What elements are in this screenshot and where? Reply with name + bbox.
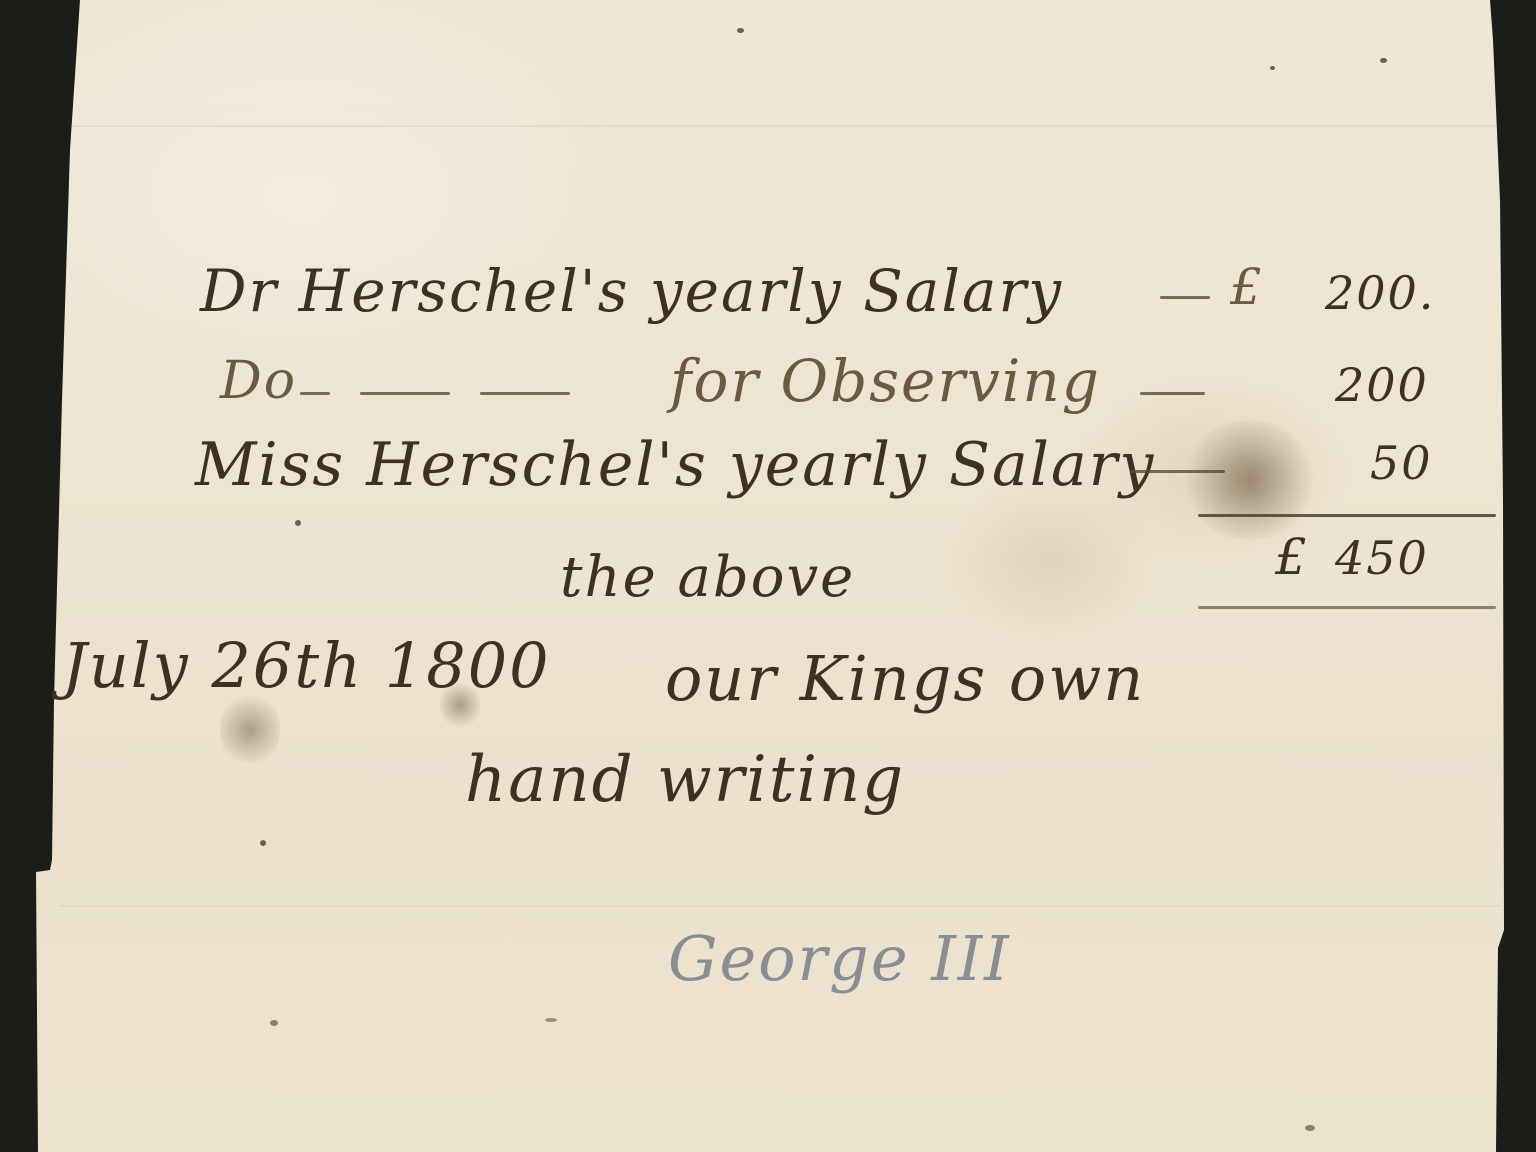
speck	[295, 520, 301, 526]
ledger-row-2-amount: 200	[1335, 362, 1429, 408]
ledger-row-1-amount: 200.	[1325, 270, 1435, 316]
document-scan: Dr Herschel's yearly Salary £ 200. Do fo…	[0, 0, 1536, 1152]
ledger-row-3-amount: 50	[1370, 440, 1433, 486]
note-date: July 26th 1800	[62, 635, 551, 697]
sum-rule	[1198, 514, 1496, 517]
ledger-row-3-label: Miss Herschel's yearly Salary	[195, 435, 1155, 495]
speck	[737, 28, 744, 33]
leader-dash	[360, 392, 450, 395]
ledger-row-2-label: for Observing	[670, 352, 1101, 410]
leader-dash	[1130, 470, 1225, 473]
ledger-row-2-ditto: Do	[220, 355, 297, 407]
ink-stain	[220, 690, 280, 770]
note-our-kings-own: our Kings own	[665, 648, 1145, 710]
note-the-above: the above	[560, 550, 855, 606]
note-hand-writing: hand writing	[465, 748, 905, 812]
speck	[260, 840, 266, 846]
speck	[1305, 1125, 1315, 1131]
leader-dash	[1140, 392, 1205, 395]
sum-rule-lower	[1198, 606, 1496, 609]
pencil-annotation: George III	[668, 928, 1011, 990]
currency-symbol: £	[1230, 262, 1264, 312]
paper-fold	[70, 125, 1500, 127]
speck	[1270, 66, 1275, 70]
leader-dash	[480, 392, 570, 395]
leader-dash	[1160, 296, 1210, 299]
speck	[1380, 58, 1387, 63]
leader-dash	[300, 392, 330, 395]
ink-stain	[1180, 420, 1320, 540]
ledger-row-1-label: Dr Herschel's yearly Salary	[200, 262, 1063, 320]
paper-fold	[60, 905, 1500, 907]
total-amount: 450	[1335, 535, 1429, 581]
speck	[545, 1018, 557, 1022]
speck	[270, 1020, 278, 1026]
total-currency: £	[1275, 532, 1309, 582]
